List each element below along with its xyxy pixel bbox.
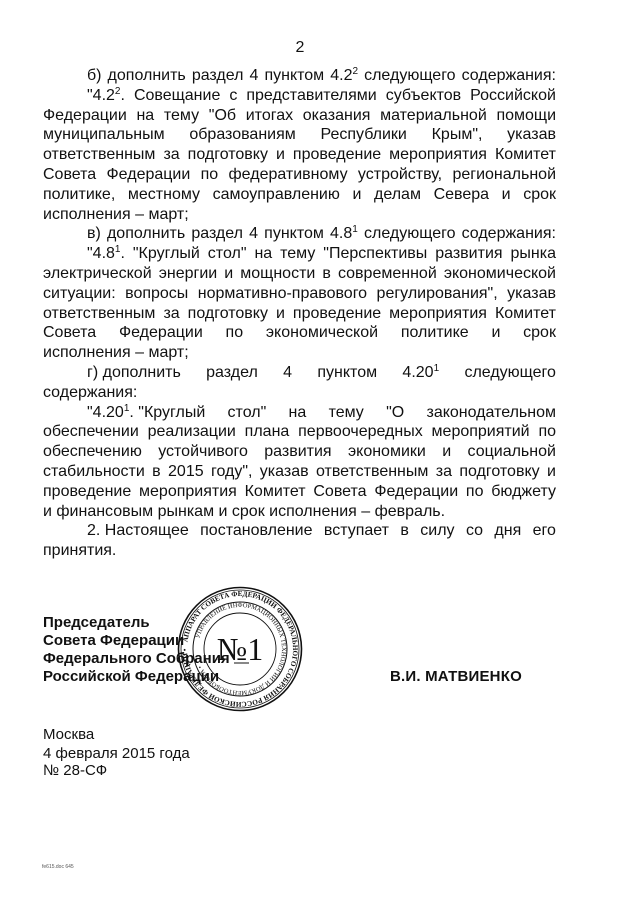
- word: указав: [260, 462, 309, 482]
- word: срок: [523, 185, 556, 205]
- word: развития: [435, 244, 502, 264]
- word: рынка: [510, 244, 555, 264]
- word: содержания:: [462, 66, 556, 86]
- word: бюджету: [491, 482, 556, 502]
- word: Комитет: [495, 304, 556, 324]
- word: дополнить: [108, 66, 186, 86]
- word: стабильности: [43, 462, 145, 482]
- document-body: б)дополнитьраздел4пунктом4.22следующегос…: [43, 66, 556, 561]
- word: и: [547, 462, 556, 482]
- text-line: обеспеченииреализациипланапервоочередных…: [43, 422, 556, 442]
- word: исполнения – март;: [43, 206, 189, 223]
- word: на: [289, 403, 307, 423]
- word: политике,: [43, 185, 115, 205]
- word: энергии: [159, 264, 218, 284]
- word: ситуации:: [43, 284, 116, 304]
- word: в): [87, 224, 101, 244]
- paragraph-b: б)дополнитьраздел4пунктом4.22следующегос…: [43, 66, 556, 224]
- word: Комитет: [495, 145, 556, 165]
- word: пунктом: [264, 224, 324, 244]
- word: вопросы: [125, 284, 188, 304]
- text-line: ответственнымзаподготовкуипроведениемеро…: [43, 145, 556, 165]
- word: раздел: [206, 363, 258, 383]
- word: по: [226, 323, 244, 343]
- word: за: [163, 145, 179, 165]
- word: на: [136, 106, 154, 126]
- word: устойчивого: [158, 442, 248, 462]
- word: современной: [338, 264, 437, 284]
- text-line: политике,местномусамоуправлениюиделамСев…: [43, 185, 556, 205]
- word: оказания: [303, 106, 371, 126]
- word: Федерации: [119, 323, 203, 343]
- word: по: [538, 422, 556, 442]
- word: Республики: [320, 125, 406, 145]
- word: 2015: [168, 462, 204, 482]
- word: нормативно-правового: [198, 284, 367, 304]
- word: итогах: [246, 106, 293, 126]
- word: году",: [211, 462, 253, 482]
- word: проведение: [293, 145, 381, 165]
- word: 4.81: [330, 224, 358, 244]
- word: ответственным: [316, 462, 428, 482]
- word: содержания:: [43, 384, 137, 401]
- word: его: [533, 521, 556, 541]
- word: 4.201: [402, 363, 439, 383]
- text-line: Федерациинатему"Обитогахоказанияматериал…: [43, 106, 556, 126]
- word: и: [276, 304, 285, 324]
- word: тему: [280, 244, 315, 264]
- text-line: стабильностив2015году",указавответственн…: [43, 462, 556, 482]
- word: со: [466, 521, 483, 541]
- word: "4.201. "Круглый: [87, 403, 205, 423]
- word: устройству,: [358, 165, 442, 185]
- word: раздел: [192, 66, 244, 86]
- signatory-name: В.И. МАТВИЕНКО: [390, 668, 522, 685]
- word: и финансовым рынкам и срок исполнения – …: [43, 503, 445, 520]
- paragraph-final: 2. Настоящеепостановлениевступаетвсилусо…: [43, 521, 556, 561]
- word: тему: [164, 106, 199, 126]
- text-line: исполнения – март;: [43, 205, 556, 225]
- text-line: "4.201. "Круглыйстол"натему"Озаконодател…: [43, 403, 556, 423]
- official-seal-stamp: АППАРАТ СОВЕТА ФЕДЕРАЦИИ ФЕДЕРАЛЬНОГО СО…: [177, 586, 303, 712]
- word: субъектов: [386, 86, 461, 106]
- word: Федерации: [107, 165, 191, 185]
- word: исполнения – март;: [43, 344, 189, 361]
- word: проведение: [293, 304, 381, 324]
- word: следующего: [364, 66, 455, 86]
- word: и: [442, 442, 451, 462]
- word: указав: [507, 125, 556, 145]
- word: представителями: [246, 86, 376, 106]
- word: проведение: [43, 482, 131, 502]
- word: следующего: [464, 363, 555, 383]
- word: Совещание: [134, 86, 220, 106]
- text-line: обеспечениюустойчивогоразвитияэкономикии…: [43, 442, 556, 462]
- word: б): [87, 66, 102, 86]
- word: Комитет: [245, 482, 306, 502]
- word: 4: [250, 66, 259, 86]
- text-line: муниципальнымобразованиямРеспубликиКрым"…: [43, 125, 556, 145]
- word: дополнить: [107, 224, 185, 244]
- word: регулирования",: [377, 284, 498, 304]
- word: 2. Настоящее: [87, 521, 189, 541]
- text-line: принятия.: [43, 541, 556, 561]
- word: постановление: [200, 521, 312, 541]
- word: с: [229, 86, 237, 106]
- word: образованиям: [189, 125, 295, 145]
- word: силу: [420, 521, 454, 541]
- word: ответственным: [43, 304, 155, 324]
- word: "4.22.: [87, 86, 125, 106]
- word: экономики: [348, 442, 426, 462]
- word: обеспечению: [43, 442, 142, 462]
- word: "О: [386, 403, 404, 423]
- paragraph-g: г) дополнитьраздел4пунктом4.201следующег…: [43, 363, 556, 521]
- word: "4.81.: [87, 244, 125, 264]
- word: Совета: [43, 323, 96, 343]
- word: политике: [401, 323, 469, 343]
- word: подготовку: [459, 462, 539, 482]
- word: экономической: [266, 323, 378, 343]
- city: Москва: [43, 726, 190, 743]
- word: региональной: [452, 165, 556, 185]
- word: пунктом: [264, 66, 324, 86]
- word: мероприятия: [389, 145, 487, 165]
- word: стол": [228, 403, 267, 423]
- word: раздел: [191, 224, 243, 244]
- word: и: [224, 264, 233, 284]
- word: содержания:: [462, 224, 556, 244]
- text-line: ситуации:вопросынормативно-правовогорегу…: [43, 284, 556, 304]
- word: и: [352, 185, 361, 205]
- page-number: 2: [0, 39, 600, 57]
- text-line: "4.22.Совещаниеспредставителямисубъектов…: [43, 86, 556, 106]
- word: за: [436, 462, 452, 482]
- word: помощи: [496, 106, 556, 126]
- word: законодательном: [426, 403, 556, 423]
- word: и: [502, 185, 511, 205]
- word: Федерации: [374, 482, 458, 502]
- word: самоуправлению: [213, 185, 340, 205]
- word: Федерации: [43, 106, 127, 126]
- word: и: [276, 145, 285, 165]
- word: "Об: [209, 106, 236, 126]
- word: обеспечении: [43, 422, 139, 442]
- word: Крым",: [432, 125, 483, 145]
- word: тему: [329, 403, 364, 423]
- word: "Круглый: [133, 244, 200, 264]
- text-line: СоветаФедерациипоэкономическойполитикеис…: [43, 323, 556, 343]
- text-line: содержания:: [43, 383, 556, 403]
- word: мощности: [240, 264, 315, 284]
- text-line: 2. Настоящеепостановлениевступаетвсилусо…: [43, 521, 556, 541]
- word: первоочередных: [298, 422, 423, 442]
- text-line: в)дополнитьраздел4пунктом4.81следующегос…: [43, 224, 556, 244]
- text-line: исполнения – март;: [43, 343, 556, 363]
- document-number: № 28-СФ: [43, 762, 190, 779]
- word: реализации: [148, 422, 236, 442]
- text-line: проведениемероприятияКомитетСоветаФедера…: [43, 482, 556, 502]
- word: плана: [245, 422, 290, 442]
- word: вступает: [324, 521, 389, 541]
- word: ответственным: [43, 145, 155, 165]
- word: г) дополнить: [87, 363, 181, 383]
- word: стол": [208, 244, 247, 264]
- stamp-number: №1: [217, 631, 264, 667]
- word: 4: [249, 224, 258, 244]
- footer-file-code: fe615.doc 645: [42, 864, 74, 870]
- word: мероприятий: [432, 422, 530, 442]
- word: в: [322, 264, 331, 284]
- word: Совета: [313, 482, 366, 502]
- word: подготовку: [188, 145, 268, 165]
- word: по: [201, 165, 219, 185]
- text-line: электрическойэнергииимощностивсовременно…: [43, 264, 556, 284]
- paragraph-v: в)дополнитьраздел4пунктом4.81следующегос…: [43, 224, 556, 363]
- word: местному: [128, 185, 200, 205]
- word: следующего: [364, 224, 455, 244]
- word: социальной: [468, 442, 556, 462]
- word: муниципальным: [43, 125, 165, 145]
- text-line: и финансовым рынкам и срок исполнения – …: [43, 502, 556, 522]
- text-line: г) дополнитьраздел4пунктом4.201следующег…: [43, 363, 556, 383]
- word: развития: [264, 442, 331, 462]
- text-line: ответственнымзаподготовкуипроведениемеро…: [43, 304, 556, 324]
- word: экономической: [444, 264, 556, 284]
- word: "Перспективы: [323, 244, 427, 264]
- word: мероприятия: [139, 482, 237, 502]
- word: указав: [507, 284, 556, 304]
- word: пунктом: [317, 363, 377, 383]
- text-line: СоветаФедерациипофедеративномуустройству…: [43, 165, 556, 185]
- word: Российской: [470, 86, 556, 106]
- word: в: [152, 462, 161, 482]
- word: срок: [523, 323, 556, 343]
- word: материальной: [380, 106, 487, 126]
- word: федеративному: [229, 165, 348, 185]
- word: в: [400, 521, 409, 541]
- text-line: б)дополнитьраздел4пунктом4.22следующегос…: [43, 66, 556, 86]
- word: делам: [374, 185, 421, 205]
- word: на: [254, 244, 272, 264]
- word: мероприятия: [389, 304, 487, 324]
- word: и: [491, 323, 500, 343]
- word: подготовку: [188, 304, 268, 324]
- place-and-date: Москва 4 февраля 2015 года № 28-СФ: [43, 726, 190, 779]
- text-line: "4.81."Круглыйстол"натему"Перспективыраз…: [43, 244, 556, 264]
- word: принятия.: [43, 542, 116, 559]
- word: электрической: [43, 264, 152, 284]
- date: 4 февраля 2015 года: [43, 745, 190, 762]
- word: Совета: [43, 165, 96, 185]
- word: за: [163, 304, 179, 324]
- word: дня: [494, 521, 521, 541]
- word: 4.22: [330, 66, 358, 86]
- word: по: [466, 482, 484, 502]
- word: 4: [283, 363, 292, 383]
- word: Севера: [434, 185, 489, 205]
